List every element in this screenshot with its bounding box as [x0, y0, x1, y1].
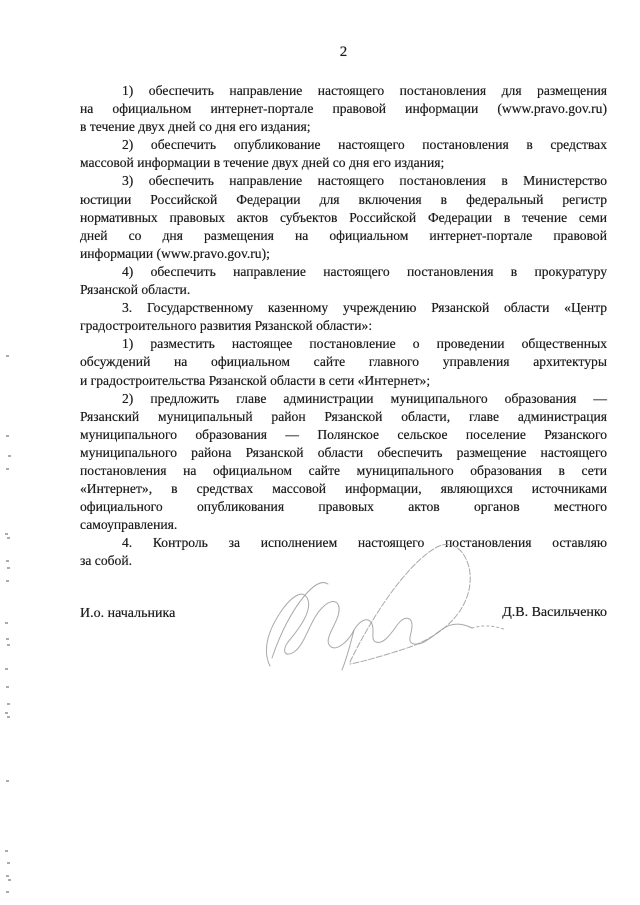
text-line: и градостроительства Рязанской области в…	[80, 372, 607, 390]
scan-speck	[5, 850, 8, 852]
text-line: муниципального образования — Полянское с…	[80, 426, 607, 444]
text-line: официального опубликования правовых акто…	[80, 498, 607, 516]
text-line: 2) предложить главе администрации муници…	[80, 390, 607, 408]
text-line: 3. Государственному казенному учреждению…	[80, 299, 607, 317]
text-line: Рязанский муниципальный район Рязанской …	[80, 408, 607, 426]
text-line: дней со дня размещения на официальном ин…	[80, 227, 607, 245]
scan-speck	[7, 537, 10, 539]
scan-speck	[5, 533, 8, 535]
text-line: 2) обеспечить опубликование настоящего п…	[80, 136, 607, 154]
scan-speck	[6, 435, 9, 437]
scan-speck	[7, 862, 10, 864]
text-line: самоуправления.	[80, 516, 607, 534]
scan-speck	[8, 455, 11, 457]
scan-speck	[5, 712, 8, 714]
signer-position-label: И.о. начальника	[80, 606, 175, 622]
text-line: нормативных правовых актов субъектов Рос…	[80, 209, 607, 227]
text-line: 1) разместить настоящее постановление о …	[80, 335, 607, 353]
scan-speck	[6, 891, 9, 893]
scan-speck	[7, 644, 10, 646]
text-line: массовой информации в течение двух дней …	[80, 154, 607, 172]
text-line: юстиции Российской Федерации для включен…	[80, 191, 607, 209]
text-line: Рязанской области.	[80, 281, 607, 299]
scan-speck	[7, 567, 10, 569]
document-body: 1) обеспечить направление настоящего пос…	[80, 82, 607, 571]
scan-speck	[6, 638, 9, 640]
text-line: обсуждений на официальном сайте главного…	[80, 353, 607, 371]
scan-speck	[5, 668, 8, 670]
scan-speck	[6, 580, 9, 582]
scan-speck	[6, 355, 9, 357]
text-line: 4. Контроль за исполнением настоящего по…	[80, 534, 607, 552]
text-line: «Интернет», в средствах массовой информа…	[80, 480, 607, 498]
text-line: 1) обеспечить направление настоящего пос…	[80, 82, 607, 100]
text-line: за собой.	[80, 552, 607, 570]
text-line: постановления на официальном сайте муниц…	[80, 462, 607, 480]
scan-speck	[6, 780, 9, 782]
text-line: градостроительного развития Рязанской об…	[80, 317, 607, 335]
scan-speck	[6, 468, 9, 470]
text-line: информации (www.pravo.gov.ru);	[80, 245, 607, 263]
scan-speck	[6, 560, 9, 562]
text-line: на официальном интернет-портале правовой…	[80, 100, 607, 118]
text-line: в течение двух дней со дня его издания;	[80, 118, 607, 136]
signer-name: Д.В. Васильченко	[423, 605, 607, 621]
scan-speck	[7, 703, 10, 705]
text-line: муниципального района Рязанской области …	[80, 444, 607, 462]
scanned-document-page: 2 1) обеспечить направление настоящего п…	[0, 0, 640, 905]
scan-speck	[5, 622, 8, 624]
text-line: 4) обеспечить направление настоящего пос…	[80, 263, 607, 281]
scan-speck	[8, 879, 11, 881]
text-line: 3) обеспечить направление настоящего пос…	[80, 172, 607, 190]
scan-speck	[6, 875, 9, 877]
scan-speck	[6, 686, 9, 688]
scan-speck	[7, 716, 10, 718]
page-number: 2	[80, 44, 607, 61]
